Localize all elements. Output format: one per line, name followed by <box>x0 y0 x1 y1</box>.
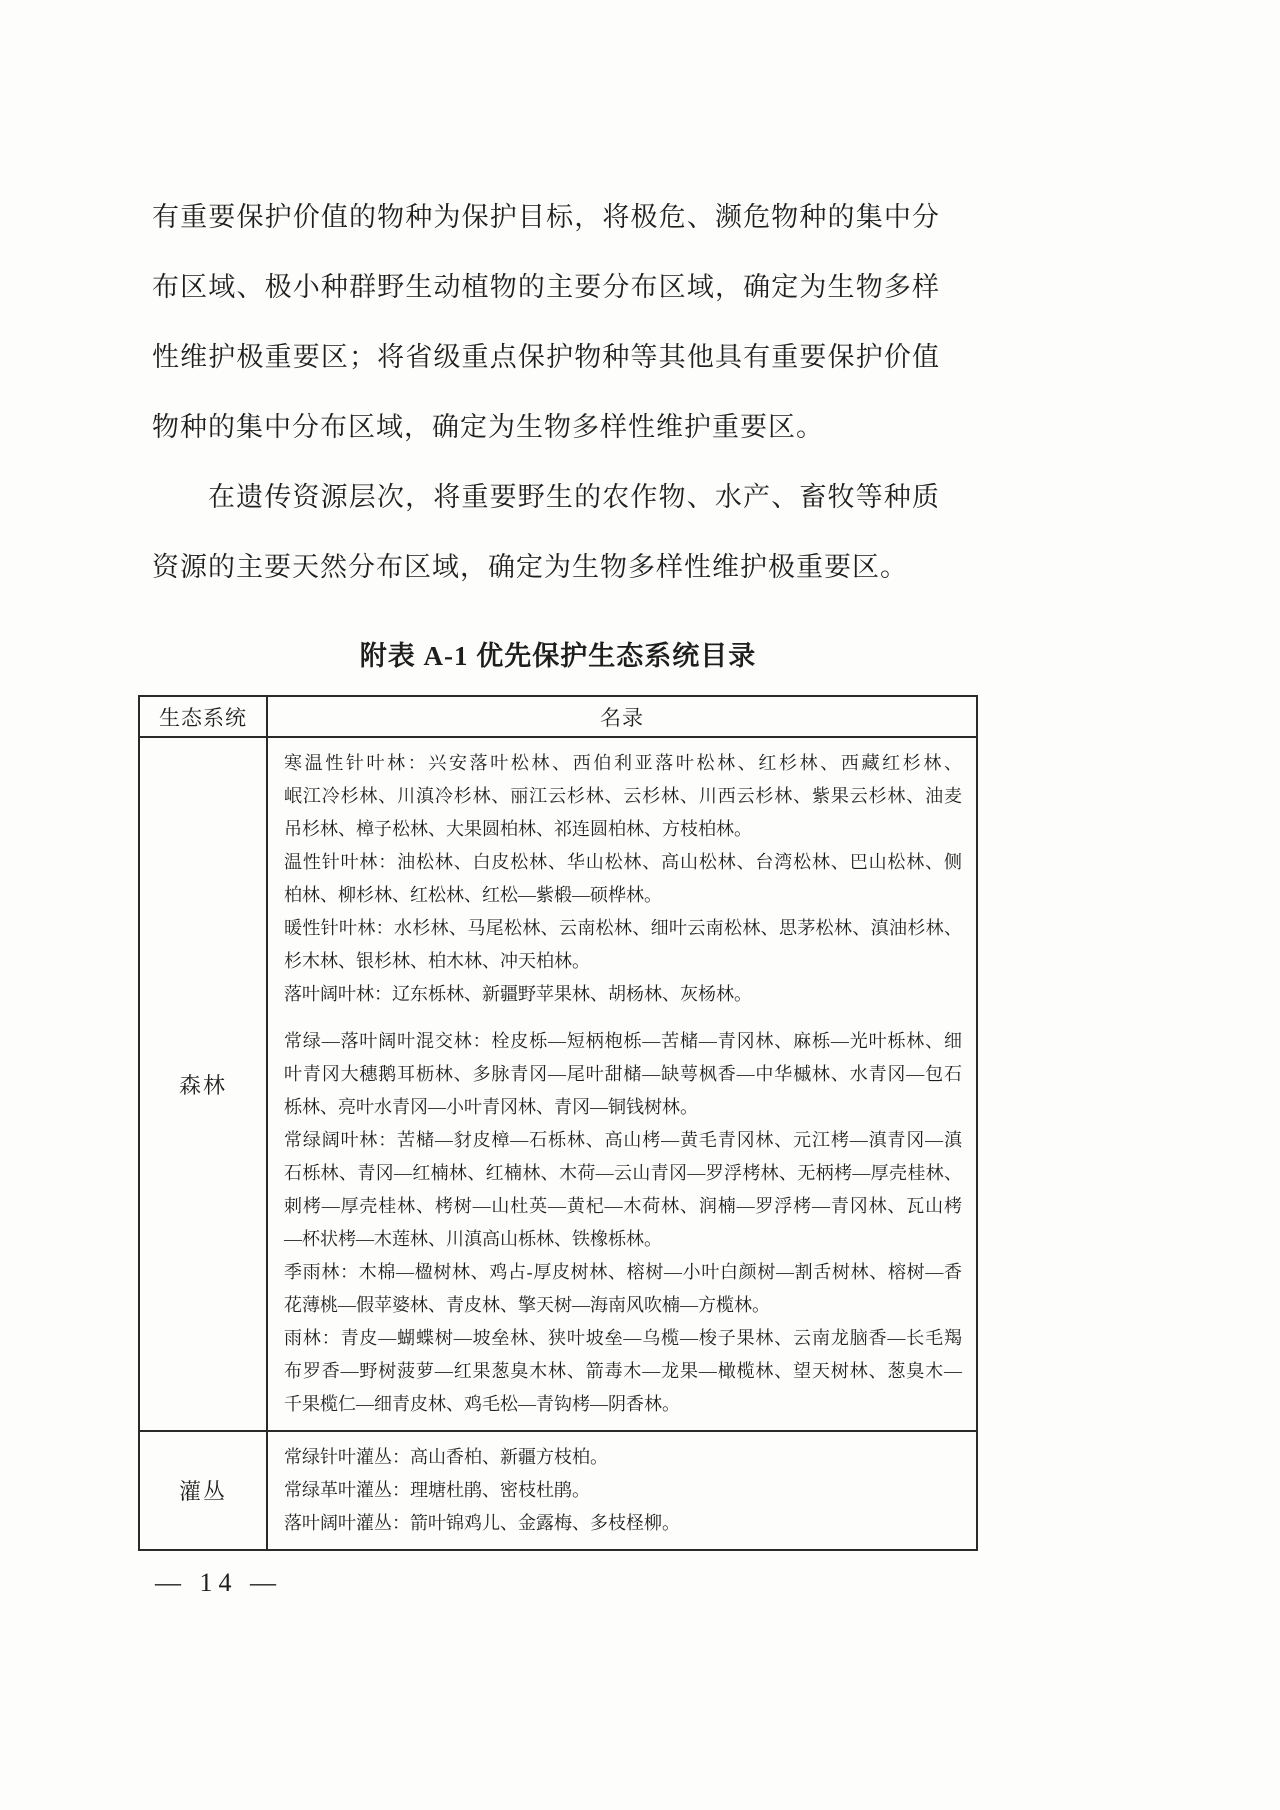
catalog-line-forest-18: 雨林：青皮—蝴蝶树—坡垒林、狭叶坡垒—乌榄—梭子果林、云南龙脑香—长毛羯 <box>284 1322 962 1355</box>
catalog-line-forest-4: 温性针叶林：油松林、白皮松林、华山松林、高山松林、台湾松林、巴山松林、侧 <box>284 846 962 879</box>
catalog-line-forest-5: 柏林、柳杉林、红松林、红松—紫椴—硕桦林。 <box>284 879 962 912</box>
catalog-line-forest-3: 吊杉林、樟子松林、大果圆柏林、祁连圆柏林、方枝柏林。 <box>284 813 962 846</box>
page-number: — 14 — <box>155 1568 282 1598</box>
paragraph-1-line-4: 物种的集中分布区域，确定为生物多样性维护重要区。 <box>152 392 940 462</box>
catalog-line-forest-10: 叶青冈大穗鹅耳枥林、多脉青冈—尾叶甜槠—缺萼枫香—中华槭林、水青冈—包石 <box>284 1058 962 1091</box>
catalog-line-shrub-3: 落叶阔叶灌丛：箭叶锦鸡儿、金露梅、多枝柽柳。 <box>284 1507 962 1540</box>
catalog-line-forest-17: 花薄桃—假苹婆林、青皮林、擎天树—海南风吹楠—方榄林。 <box>284 1289 962 1322</box>
catalog-line-shrub-1: 常绿针叶灌丛：高山香柏、新疆方枝柏。 <box>284 1441 962 1474</box>
catalog-line-forest-13: 石栎林、青冈—红楠林、红楠林、木荷—云山青冈—罗浮栲林、无柄栲—厚壳桂林、 <box>284 1157 962 1190</box>
document-page: 有重要保护价值的物种为保护目标，将极危、濒危物种的集中分布区域、极小种群野生动植… <box>0 0 1280 1810</box>
column-header-catalog: 名录 <box>268 697 976 736</box>
catalog-line-forest-16: 季雨林：木棉—楹树林、鸡占-厚皮树林、榕树—小叶白颜树—割舌树林、榕树—香 <box>284 1256 962 1289</box>
catalog-line-shrub-2: 常绿革叶灌丛：理塘杜鹃、密枝杜鹃。 <box>284 1474 962 1507</box>
catalog-line-forest-11: 栎林、亮叶水青冈—小叶青冈林、青冈—铜钱树林。 <box>284 1091 962 1124</box>
catalog-line-forest-7: 杉木林、银杉林、柏木林、冲天柏林。 <box>284 945 962 978</box>
catalog-line-forest-19: 布罗香—野树菠萝—红果葱臭木林、箭毒木—龙果—橄榄林、望天树林、葱臭木— <box>284 1355 962 1388</box>
table-row-shrub: 灌丛常绿针叶灌丛：高山香柏、新疆方枝柏。常绿革叶灌丛：理塘杜鹃、密枝杜鹃。落叶阔… <box>140 1432 976 1549</box>
paragraph-2-line-1: 在遗传资源层次，将重要野生的农作物、水产、畜牧等种质 <box>152 462 940 532</box>
paragraph-1-line-3: 性维护极重要区；将省级重点保护物种等其他具有重要保护价值 <box>152 322 940 392</box>
paragraph-1-line-2: 布区域、极小种群野生动植物的主要分布区域，确定为生物多样 <box>152 252 940 322</box>
catalog-line-forest-12: 常绿阔叶林：苦槠—豺皮樟—石栎林、高山栲—黄毛青冈林、元江栲—滇青冈—滇 <box>284 1124 962 1157</box>
catalog-line-forest-1: 寒温性针叶林：兴安落叶松林、西伯利亚落叶松林、红杉林、西藏红杉林、 <box>284 747 962 780</box>
row-label-forest: 森林 <box>140 738 268 1430</box>
catalog-line-forest-2: 岷江冷杉林、川滇冷杉林、丽江云杉林、云杉林、川西云杉林、紫果云杉林、油麦 <box>284 780 962 813</box>
catalog-line-forest-14: 刺栲—厚壳桂林、栲树—山杜英—黄杞—木荷林、润楠—罗浮栲—青冈林、瓦山栲 <box>284 1190 962 1223</box>
catalog-line-forest-15: —杯状栲—木莲林、川滇高山栎林、铁橡栎林。 <box>284 1223 962 1256</box>
table-body: 森林寒温性针叶林：兴安落叶松林、西伯利亚落叶松林、红杉林、西藏红杉林、岷江冷杉林… <box>140 738 976 1549</box>
paragraph-2-line-2: 资源的主要天然分布区域，确定为生物多样性维护极重要区。 <box>152 532 940 602</box>
row-label-shrub: 灌丛 <box>140 1432 268 1549</box>
paragraph-1-line-1: 有重要保护价值的物种为保护目标，将极危、濒危物种的集中分 <box>152 182 940 252</box>
row-catalog-forest: 寒温性针叶林：兴安落叶松林、西伯利亚落叶松林、红杉林、西藏红杉林、岷江冷杉林、川… <box>268 738 976 1430</box>
catalog-line-forest-9: 常绿—落叶阔叶混交林：栓皮栎—短柄枹栎—苦槠—青冈林、麻栎—光叶栎林、细 <box>284 1025 962 1058</box>
column-header-ecosystem: 生态系统 <box>140 697 268 736</box>
catalog-line-forest-8: 落叶阔叶林：辽东栎林、新疆野苹果林、胡杨林、灰杨林。 <box>284 978 962 1011</box>
table-header-row: 生态系统 名录 <box>140 697 976 738</box>
ecosystem-table: 生态系统 名录 森林寒温性针叶林：兴安落叶松林、西伯利亚落叶松林、红杉林、西藏红… <box>138 695 978 1551</box>
body-paragraphs: 有重要保护价值的物种为保护目标，将极危、濒危物种的集中分布区域、极小种群野生动植… <box>152 182 940 602</box>
catalog-line-forest-20: 千果榄仁—细青皮林、鸡毛松—青钩栲—阴香林。 <box>284 1388 962 1421</box>
catalog-line-forest-6: 暖性针叶林：水杉林、马尾松林、云南松林、细叶云南松林、思茅松林、滇油杉林、 <box>284 912 962 945</box>
table-title: 附表 A-1 优先保护生态系统目录 <box>138 634 978 673</box>
table-row-forest: 森林寒温性针叶林：兴安落叶松林、西伯利亚落叶松林、红杉林、西藏红杉林、岷江冷杉林… <box>140 738 976 1432</box>
row-catalog-shrub: 常绿针叶灌丛：高山香柏、新疆方枝柏。常绿革叶灌丛：理塘杜鹃、密枝杜鹃。落叶阔叶灌… <box>268 1432 976 1549</box>
